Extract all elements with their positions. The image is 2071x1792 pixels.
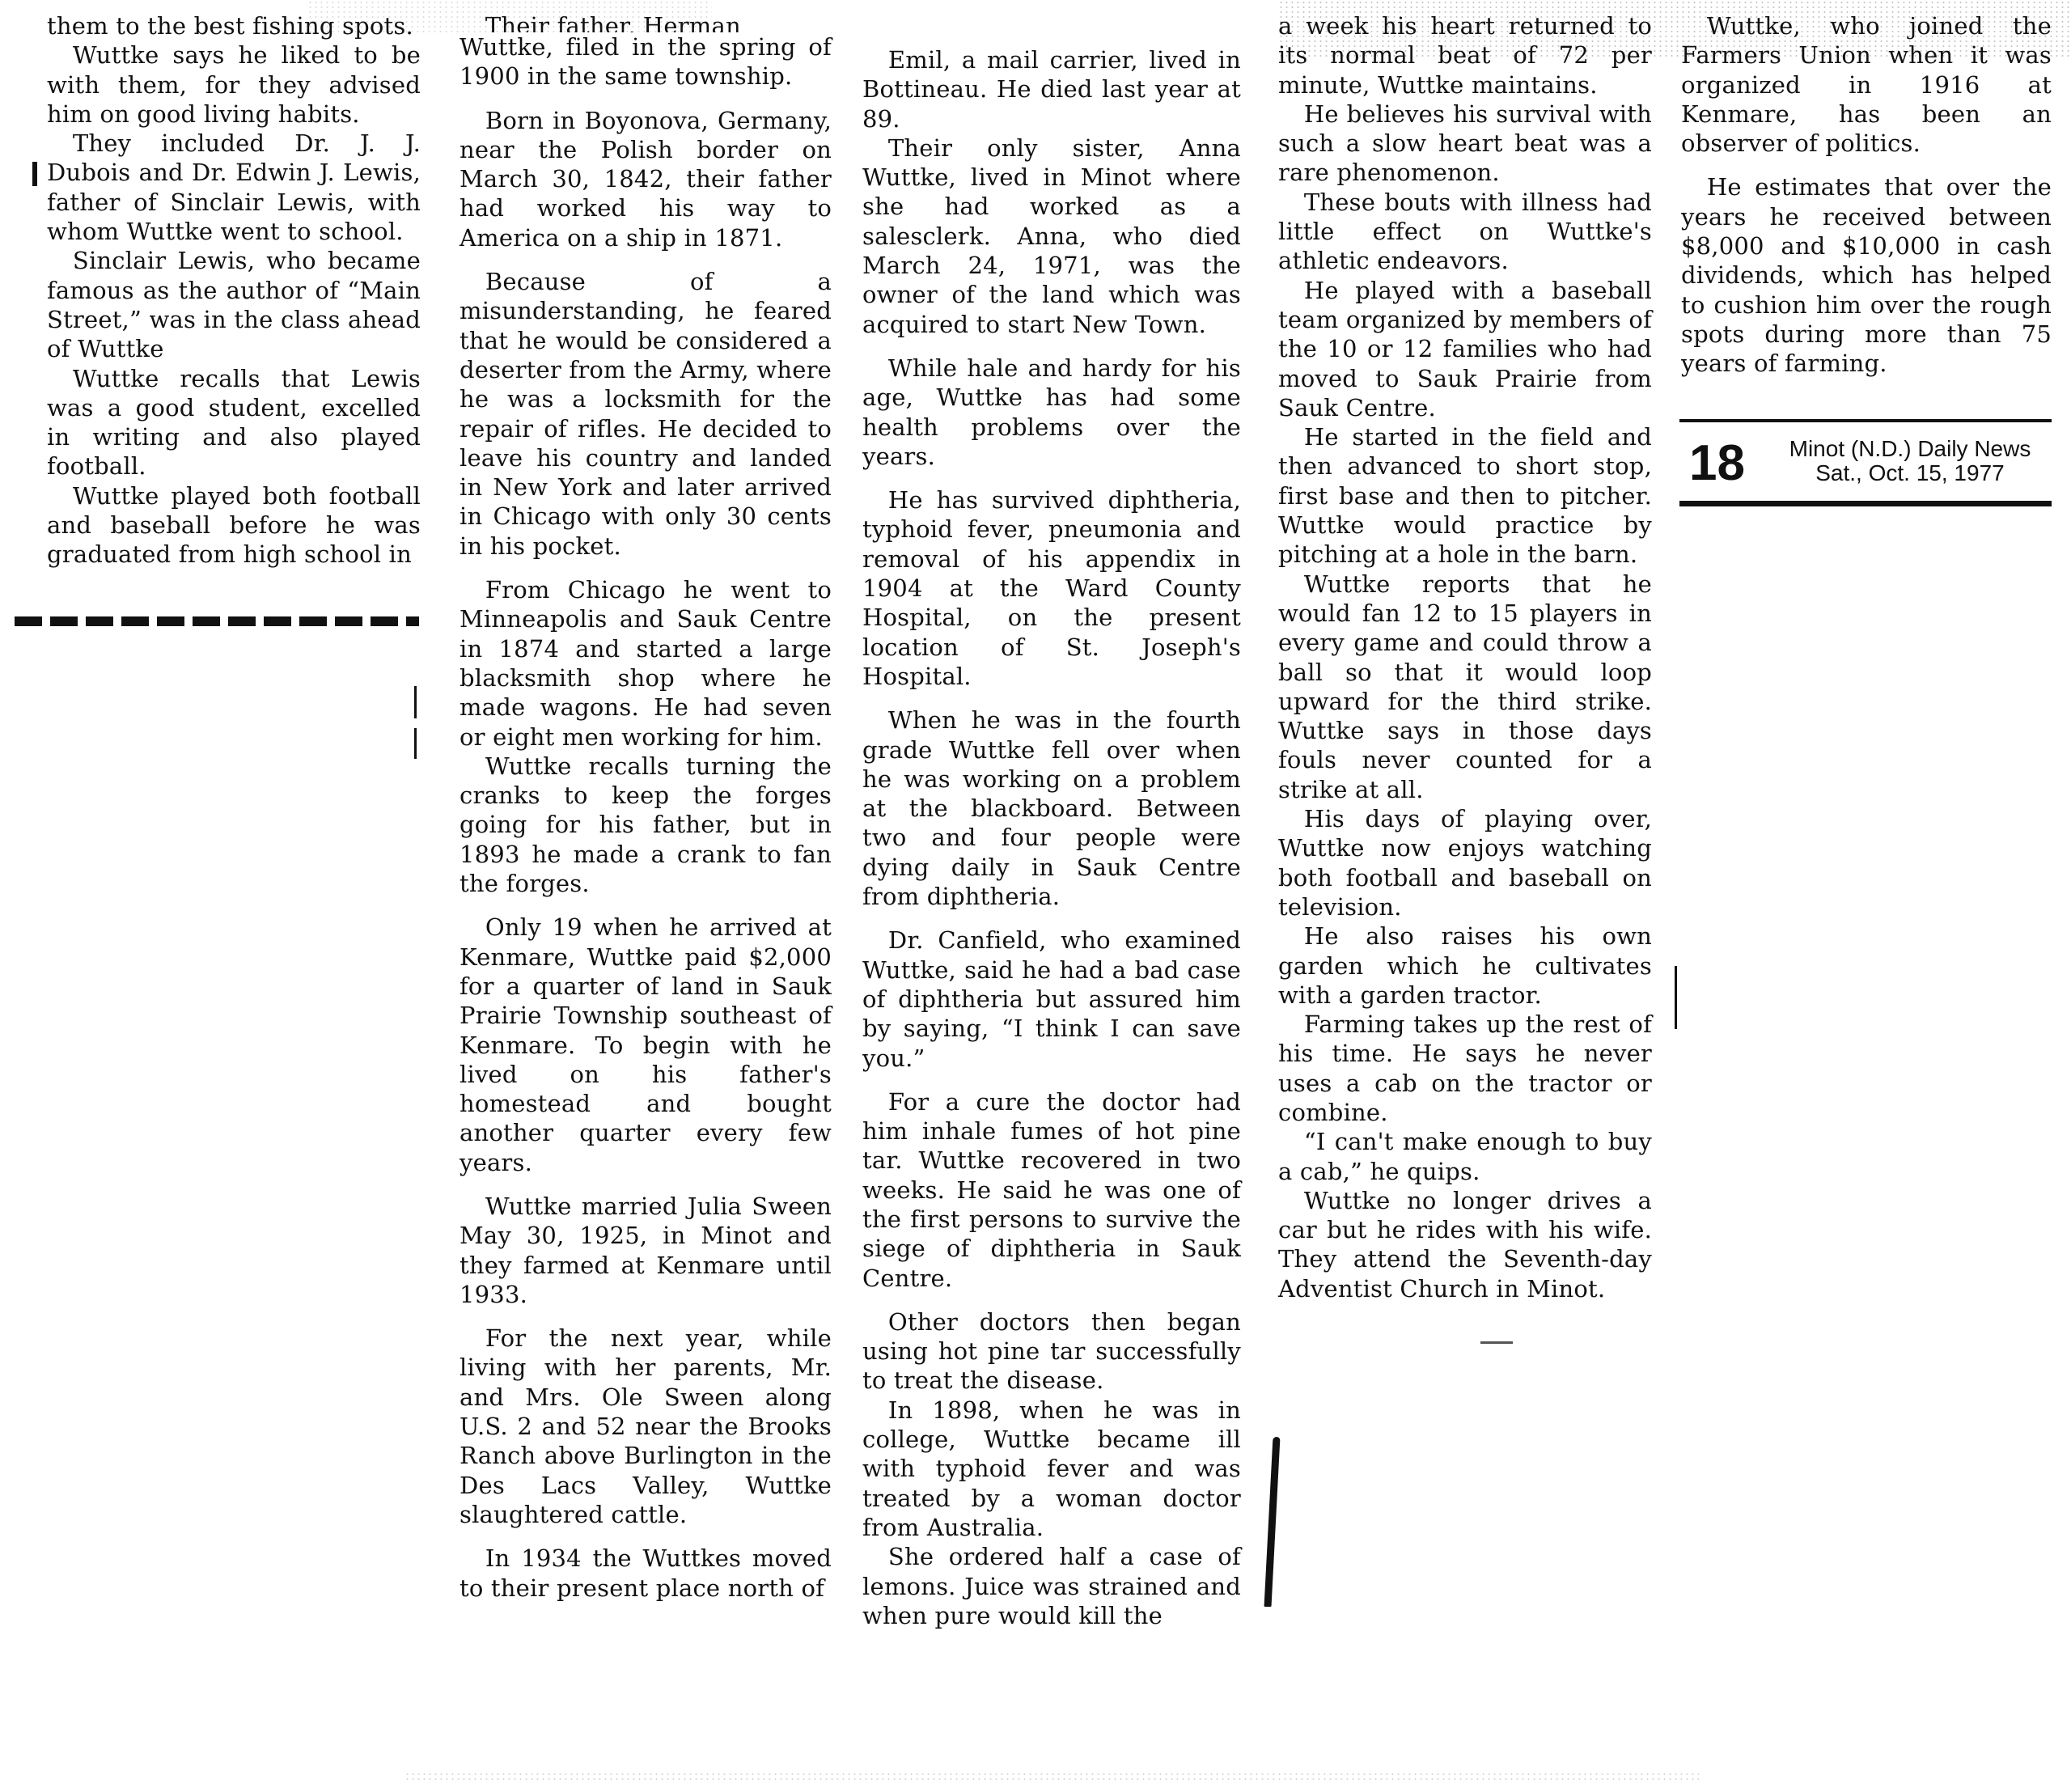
paragraph: In 1934 the Wuttkes moved to their prese… xyxy=(460,1544,832,1603)
paragraph: When he was in the fourth grade Wuttke f… xyxy=(862,705,1241,911)
paragraph: They included Dr. J. J. Dubois and Dr. E… xyxy=(47,129,421,246)
margin-mark xyxy=(414,728,417,759)
paragraph: Sinclair Lewis, who became famous as the… xyxy=(47,246,421,363)
folio-top-rule xyxy=(1679,419,2052,422)
paragraph: While hale and hardy for his age, Wuttke… xyxy=(862,354,1241,471)
paragraph: He also raises his own garden which he c… xyxy=(1278,921,1652,1010)
margin-mark xyxy=(414,686,417,718)
folio-bottom-rule xyxy=(1679,501,2052,506)
scan-artifact-mark xyxy=(1264,1437,1280,1607)
article-column-3: Emil, a mail carrier, lived in Bottineau… xyxy=(862,45,1241,1630)
publication-masthead: Minot (N.D.) Daily News Sat., Oct. 15, 1… xyxy=(1777,437,2043,485)
paragraph: them to the best fishing spots. xyxy=(47,11,421,40)
paragraph: For a cure the doctor had him inhale fum… xyxy=(862,1087,1241,1293)
margin-mark xyxy=(32,162,37,186)
paragraph: Only 19 when he arrived at Kenmare, Wutt… xyxy=(460,913,832,1177)
paragraph: In 1898, when he was in college, Wuttke … xyxy=(862,1396,1241,1542)
column-end-dashed-rule xyxy=(15,616,419,626)
paragraph: For the next year, while living with her… xyxy=(460,1324,832,1529)
paragraph: He started in the field and then advance… xyxy=(1278,422,1652,569)
paragraph: He believes his survival with such a slo… xyxy=(1278,100,1652,188)
paragraph: a week his heart returned to its normal … xyxy=(1278,11,1652,100)
paragraph: Wuttke reports that he would fan 12 to 1… xyxy=(1278,570,1652,804)
paragraph: Their father, Herman xyxy=(460,11,832,32)
paragraph: Wuttke married Julia Sween May 30, 1925,… xyxy=(460,1192,832,1309)
publication-name: Minot (N.D.) Daily News xyxy=(1777,437,2043,461)
paragraph: These bouts with illness had little effe… xyxy=(1278,188,1652,276)
paragraph: Wuttke recalls turning the cranks to kee… xyxy=(460,752,832,898)
paragraph: From Chicago he went to Minneapolis and … xyxy=(460,575,832,752)
paragraph: Born in Boyonova, Germany, near the Poli… xyxy=(460,106,832,252)
article-column-5: Wuttke, who joined the Farmers Union whe… xyxy=(1681,11,2052,379)
paragraph: Farming takes up the rest of his time. H… xyxy=(1278,1010,1652,1127)
paragraph: He has survived diphtheria, typhoid feve… xyxy=(862,485,1241,691)
article-column-1: them to the best fishing spots. Wuttke s… xyxy=(47,11,421,570)
paragraph: Wuttke says he liked to be with them, fo… xyxy=(47,40,421,129)
paragraph: Wuttke played both football and baseball… xyxy=(47,481,421,570)
page-number: 18 xyxy=(1689,438,1745,489)
paragraph: Other doctors then began using hot pine … xyxy=(862,1307,1241,1396)
article-column-4: a week his heart returned to its normal … xyxy=(1278,11,1652,1303)
paragraph: Because of a misunderstanding, he feared… xyxy=(460,267,832,561)
page-folio: 18 Minot (N.D.) Daily News Sat., Oct. 15… xyxy=(1679,419,2052,506)
paragraph: Their only sister, Anna Wuttke, lived in… xyxy=(862,133,1241,339)
end-mark xyxy=(1480,1341,1513,1344)
paragraph: He played with a baseball team organized… xyxy=(1278,276,1652,422)
paragraph: He estimates that over the years he rece… xyxy=(1681,172,2052,378)
paragraph: Emil, a mail carrier, lived in Bottineau… xyxy=(862,45,1241,133)
paragraph: Wuttke recalls that Lewis was a good stu… xyxy=(47,364,421,481)
publication-date: Sat., Oct. 15, 1977 xyxy=(1777,461,2043,485)
paragraph: Wuttke, who joined the Farmers Union whe… xyxy=(1681,11,2052,158)
margin-mark xyxy=(1675,966,1677,1029)
article-column-2: Their father, Herman Wuttke, filed in th… xyxy=(460,11,832,1603)
paragraph: Dr. Canfield, who examined Wuttke, said … xyxy=(862,926,1241,1072)
paragraph: Wuttke no longer drives a car but he rid… xyxy=(1278,1186,1652,1303)
paragraph: Wuttke, filed in the spring of 1900 in t… xyxy=(460,32,832,91)
paragraph: His days of playing over, Wuttke now enj… xyxy=(1278,804,1652,921)
paragraph: She ordered half a case of lemons. Juice… xyxy=(862,1542,1241,1630)
halftone-noise xyxy=(404,1772,1699,1780)
paragraph: “I can't make enough to buy a cab,” he q… xyxy=(1278,1127,1652,1186)
